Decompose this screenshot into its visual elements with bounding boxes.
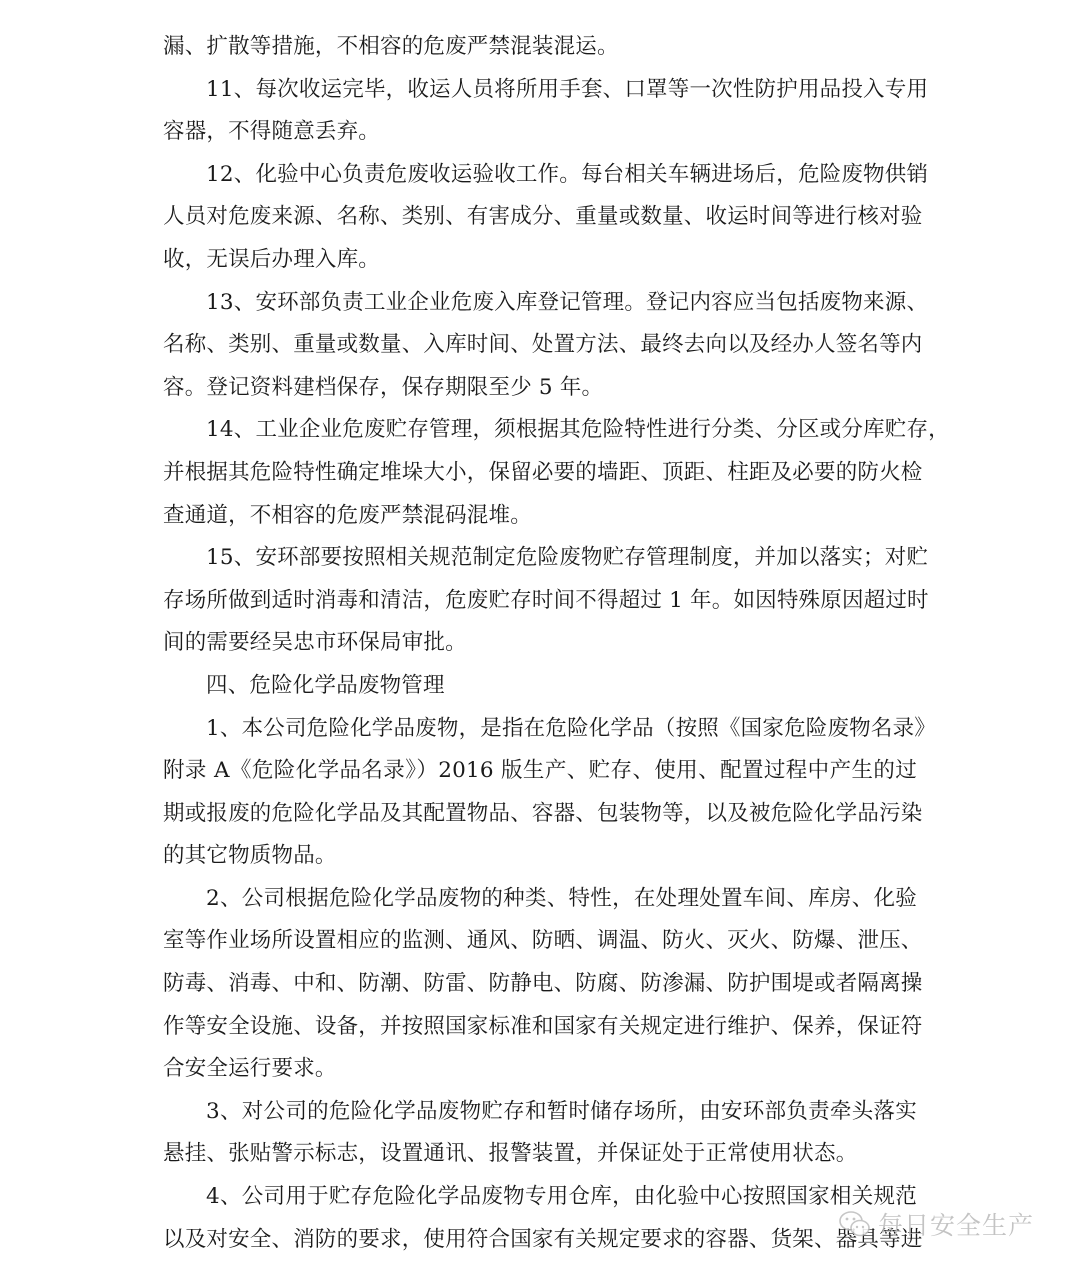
paragraph-s4-item-4: 4、公司用于贮存危险化学品废物专用仓库，由化验中心按照国家相关规范以及对安全、消… <box>163 1176 917 1261</box>
text-line: 的其它物质物品。 <box>163 835 917 878</box>
text-line: 1、本公司危险化学品废物，是指在危险化学品（按照《国家危险废物名录》 <box>163 708 917 751</box>
document-body: 漏、扩散等措施，不相容的危废严禁混装混运。11、每次收运完毕，收运人员将所用手套… <box>163 26 917 1261</box>
paragraph-s4-item-2: 2、公司根据危险化学品废物的种类、特性，在处理处置车间、库房、化验室等作业场所设… <box>163 878 917 1091</box>
text-line: 2、公司根据危险化学品废物的种类、特性，在处理处置车间、库房、化验 <box>163 878 917 921</box>
paragraph-p10-tail: 漏、扩散等措施，不相容的危废严禁混装混运。 <box>163 26 917 69</box>
text-line: 13、安环部负责工业企业危废入库登记管理。登记内容应当包括废物来源、 <box>163 282 917 325</box>
text-line: 收，无误后办理入库。 <box>163 239 917 282</box>
paragraph-item-12: 12、化验中心负责危废收运验收工作。每台相关车辆进场后，危险废物供销人员对危废来… <box>163 154 917 282</box>
text-line: 间的需要经吴忠市环保局审批。 <box>163 622 917 665</box>
text-line: 合安全运行要求。 <box>163 1048 917 1091</box>
text-line: 12、化验中心负责危废收运验收工作。每台相关车辆进场后，危险废物供销 <box>163 154 917 197</box>
text-line: 11、每次收运完毕，收运人员将所用手套、口罩等一次性防护用品投入专用 <box>163 69 917 112</box>
text-line: 附录 A《危险化学品名录》）2016 版生产、贮存、使用、配置过程中产生的过 <box>163 750 917 793</box>
paragraph-item-13: 13、安环部负责工业企业危废入库登记管理。登记内容应当包括废物来源、名称、类别、… <box>163 282 917 410</box>
text-line: 并根据其危险特性确定堆垛大小，保留必要的墙距、顶距、柱距及必要的防火检 <box>163 452 917 495</box>
text-line: 人员对危废来源、名称、类别、有害成分、重量或数量、收运时间等进行核对验 <box>163 196 917 239</box>
paragraph-s4-item-3: 3、对公司的危险化学品废物贮存和暂时储存场所，由安环部负责牵头落实悬挂、张贴警示… <box>163 1091 917 1176</box>
text-line: 容。登记资料建档保存，保存期限至少 5 年。 <box>163 367 917 410</box>
text-line: 悬挂、张贴警示标志，设置通讯、报警装置，并保证处于正常使用状态。 <box>163 1133 917 1176</box>
text-line: 名称、类别、重量或数量、入库时间、处置方法、最终去向以及经办人签名等内 <box>163 324 917 367</box>
text-line: 四、危险化学品废物管理 <box>163 665 917 708</box>
paragraph-item-15: 15、安环部要按照相关规范制定危险废物贮存管理制度，并加以落实；对贮存场所做到适… <box>163 537 917 665</box>
text-line: 15、安环部要按照相关规范制定危险废物贮存管理制度，并加以落实；对贮 <box>163 537 917 580</box>
text-line: 查通道，不相容的危废严禁混码混堆。 <box>163 495 917 538</box>
text-line: 14、工业企业危废贮存管理，须根据其危险特性进行分类、分区或分库贮存， <box>163 409 917 452</box>
paragraph-item-14: 14、工业企业危废贮存管理，须根据其危险特性进行分类、分区或分库贮存，并根据其危… <box>163 409 917 537</box>
text-line: 3、对公司的危险化学品废物贮存和暂时储存场所，由安环部负责牵头落实 <box>163 1091 917 1134</box>
text-line: 室等作业场所设置相应的监测、通风、防晒、调温、防火、灭火、防爆、泄压、 <box>163 920 917 963</box>
text-line: 以及对安全、消防的要求，使用符合国家有关规定要求的容器、货架、器具等进 <box>163 1219 917 1262</box>
text-line: 漏、扩散等措施，不相容的危废严禁混装混运。 <box>163 26 917 69</box>
text-line: 4、公司用于贮存危险化学品废物专用仓库，由化验中心按照国家相关规范 <box>163 1176 917 1219</box>
text-line: 存场所做到适时消毒和清洁，危废贮存时间不得超过 1 年。如因特殊原因超过时 <box>163 580 917 623</box>
paragraph-item-11: 11、每次收运完毕，收运人员将所用手套、口罩等一次性防护用品投入专用容器，不得随… <box>163 69 917 154</box>
text-line: 容器，不得随意丢弃。 <box>163 111 917 154</box>
text-line: 防毒、消毒、中和、防潮、防雷、防静电、防腐、防渗漏、防护围堤或者隔离操 <box>163 963 917 1006</box>
paragraph-s4-item-1: 1、本公司危险化学品废物，是指在危险化学品（按照《国家危险废物名录》附录 A《危… <box>163 708 917 878</box>
document-page: 漏、扩散等措施，不相容的危废严禁混装混运。11、每次收运完毕，收运人员将所用手套… <box>0 0 1080 1275</box>
text-line: 期或报废的危险化学品及其配置物品、容器、包装物等，以及被危险化学品污染 <box>163 793 917 836</box>
paragraph-section-4-heading: 四、危险化学品废物管理 <box>163 665 917 708</box>
text-line: 作等安全设施、设备，并按照国家标准和国家有关规定进行维护、保养，保证符 <box>163 1006 917 1049</box>
